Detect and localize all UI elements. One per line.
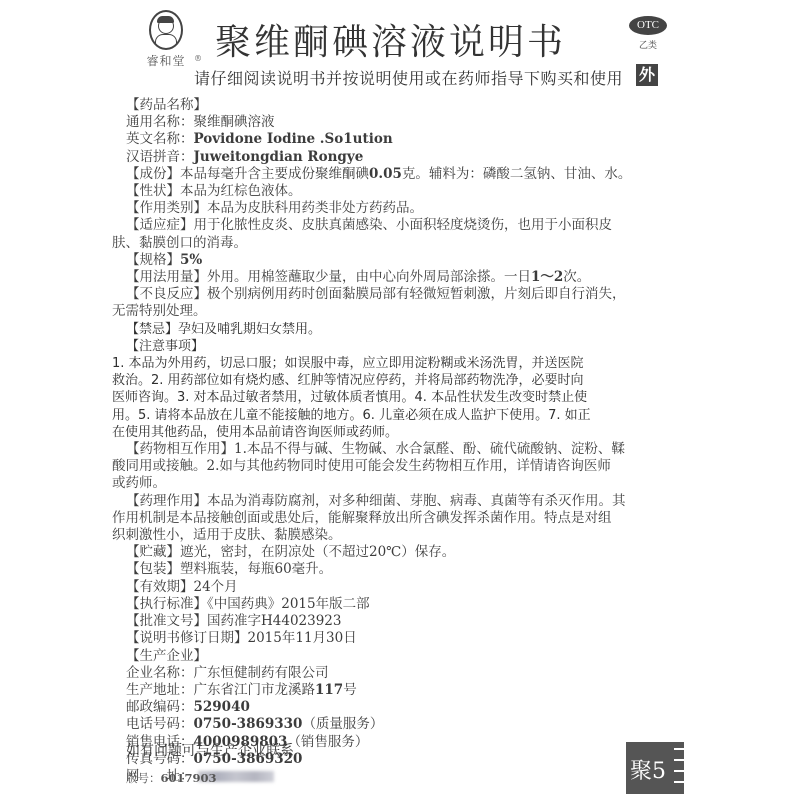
usage-instruction: 请仔细阅读说明书并按说明使用或在药师指导下购买和使用: [194, 66, 623, 89]
revision-date-row: 【说明书修订日期】2015年11月30日: [126, 630, 686, 647]
brand-logo: 睿和堂 ®: [136, 10, 196, 69]
external-use-badge: 外: [636, 64, 658, 86]
pharmacology-line: 织刺激性小，适用于皮肤、黏膜感染。: [112, 527, 686, 544]
postcode-row: 邮政编码：529040: [126, 699, 686, 716]
precautions-line: 救治。2. 用药部位如有烧灼感、红肿等情况应停药，并将局部药物洗净，必要时向: [112, 372, 686, 389]
leaflet-body: 【药品名称】 通用名称：聚维酮碘溶液 英文名称：Povidone Iodine …: [126, 97, 686, 785]
precautions-line: 用。5. 请将本品放在儿童不能接触的地方。6. 儿童必须在成人监护下使用。7. …: [112, 407, 686, 424]
adverse-reactions-continued: 无需特别处理。: [112, 303, 686, 320]
document-title: 聚维酮碘溶液说明书: [215, 14, 566, 65]
pinyin-name: Juweitongdian Rongye: [194, 149, 364, 165]
version-number: 版号：6017903: [126, 770, 217, 786]
indications-row: 【适应症】用于化脓性皮炎、皮肤真菌感染、小面积轻度烧烫伤，也用于小面积皮: [126, 217, 686, 234]
precautions-line: 医师咨询。3. 对本品过敏者禁用，过敏体质者慎用。4. 本品性状发生改变时禁止使: [112, 389, 686, 406]
interactions-row: 【药物相互作用】1.本品不得与碱、生物碱、水合氯醛、酚、硫代硫酸钠、淀粉、鞣: [126, 441, 686, 458]
generic-name-row: 通用名称：聚维酮碘溶液: [126, 114, 686, 131]
precautions-line: 1. 本品为外用药，切忌口服；如误服中毒，应立即用淀粉糊或米汤洗胃，并送医院: [112, 355, 686, 372]
pinyin-row: 汉语拼音：Juweitongdian Rongye: [126, 149, 686, 166]
section-heading-drug-name: 【药品名称】: [126, 97, 686, 114]
adverse-reactions-row: 【不良反应】极个别病例用药时创面黏膜局部有轻微短暂刺激，片刻后即自行消失，: [126, 286, 686, 303]
standard-row: 【执行标准】《中国药典》2015年版二部: [126, 596, 686, 613]
phone-row: 电话号码：0750-3869330（质量服务）: [126, 716, 686, 733]
generic-name: 聚维酮碘溶液: [194, 114, 275, 130]
packaging-row: 【包装】塑料瓶装，每瓶60毫升。: [126, 561, 686, 578]
pharmacology-line: 作用机制是本品接触创面或患处后，能解聚释放出所含碘发挥杀菌作用。特点是对组: [112, 510, 686, 527]
brand-name: 睿和堂: [136, 52, 196, 69]
dosage-row: 【用法用量】外用。用棉签蘸取少量，由中心向外周局部涂搽。一日1～2次。: [126, 269, 686, 286]
storage-row: 【贮藏】遮光，密封，在阴凉处（不超过20℃）保存。: [126, 544, 686, 561]
section-heading-manufacturer: 【生产企业】: [126, 648, 686, 665]
contraindications-row: 【禁忌】孕妇及哺乳期妇女禁用。: [126, 321, 686, 338]
company-name-row: 企业名称：广东恒健制药有限公司: [126, 665, 686, 682]
ingredients-row: 【成份】本品每毫升含主要成份聚维酮碘0.05克。辅料为：磷酸二氢钠、甘油、水。: [126, 166, 686, 183]
english-name-row: 英文名称：Povidone Iodine .So1ution: [126, 131, 686, 148]
address-row: 生产地址：广东省江门市龙溪路117号: [126, 682, 686, 699]
english-name: Povidone Iodine .So1ution: [194, 131, 393, 147]
approval-row: 【批准文号】国药准字H44023923: [126, 613, 686, 630]
otc-badge: OTC: [629, 16, 667, 35]
contact-note: 如有问题可与生产企业联系: [126, 740, 294, 760]
interactions-line: 或药师。: [112, 475, 686, 492]
indications-continued: 肤、黏膜创口的消毒。: [112, 235, 686, 252]
pharmacology-row: 【药理作用】本品为消毒防腐剂，对多种细菌、芽胞、病毒、真菌等有杀灭作用。其: [126, 493, 686, 510]
registered-mark: ®: [194, 54, 202, 63]
shelf-life-row: 【有效期】24个月: [126, 579, 686, 596]
edge-tick-marks: [674, 742, 684, 794]
otc-class-label: 乙类: [639, 38, 657, 51]
properties-row: 【性状】本品为红棕色液体。: [126, 183, 686, 200]
category-row: 【作用类别】本品为皮肤科用药类非处方药药品。: [126, 200, 686, 217]
precautions-line: 在使用其他药品，使用本品前请咨询医师或药师。: [112, 424, 686, 441]
specification-row: 【规格】5%: [126, 252, 686, 269]
interactions-line: 酸同用或接触。2.如与其他药物同时使用可能会发生药物相互作用，详情请咨询医师: [112, 458, 686, 475]
section-heading-precautions: 【注意事项】: [126, 338, 686, 355]
boy-portrait-logo-icon: [149, 10, 183, 50]
